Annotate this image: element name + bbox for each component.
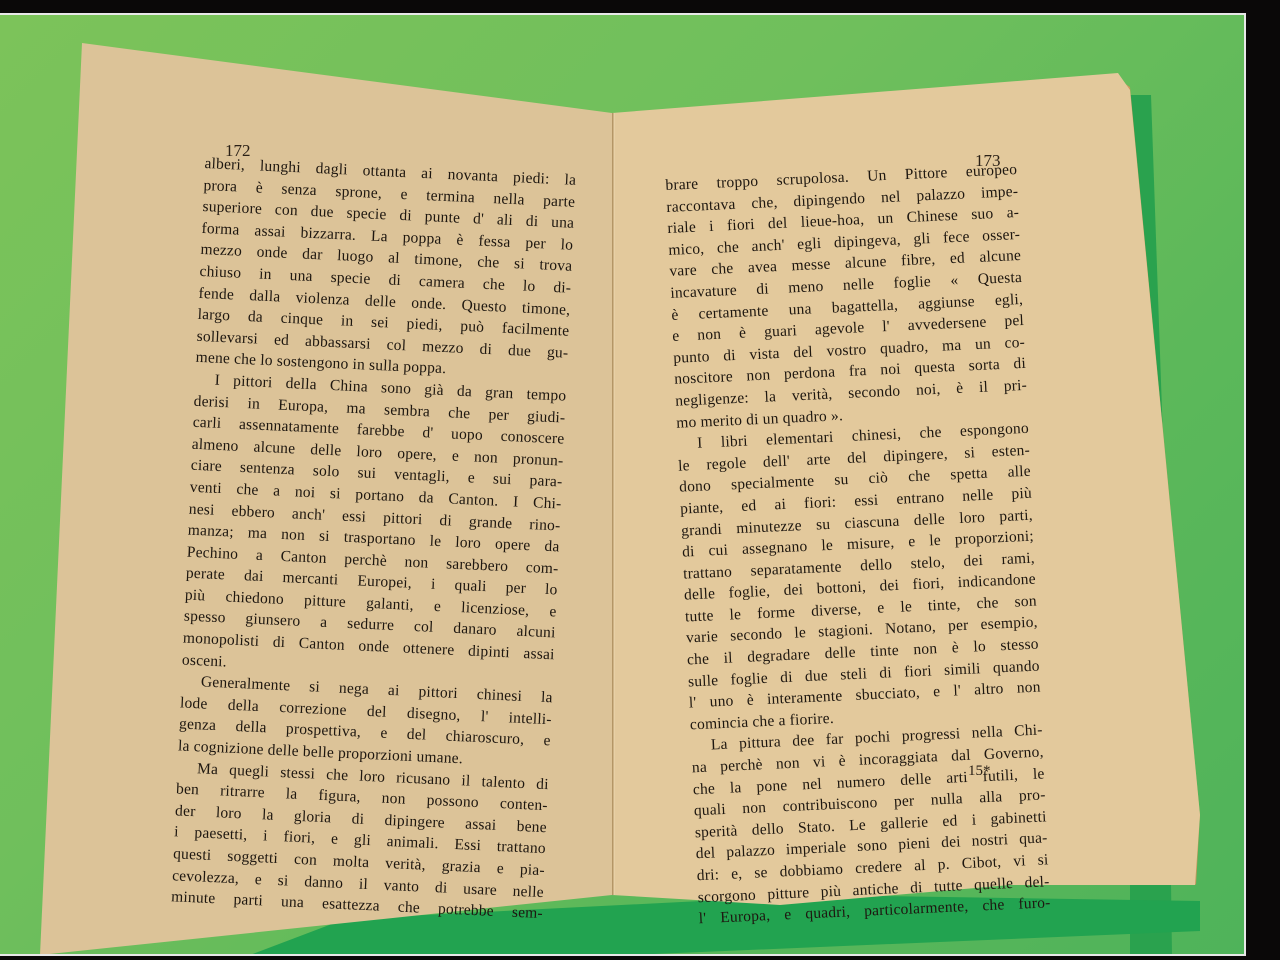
signature-mark: 15*: [968, 763, 991, 780]
book-photo: 172 173 alberi, lunghi dagli ottanta ai …: [0, 13, 1246, 956]
book-spine: [612, 113, 615, 895]
right-page-text: brare troppo scrupolosa. Un Pittore euro…: [665, 159, 1051, 930]
left-page-text: alberi, lunghi dagli ottanta ai novanta …: [171, 153, 577, 925]
